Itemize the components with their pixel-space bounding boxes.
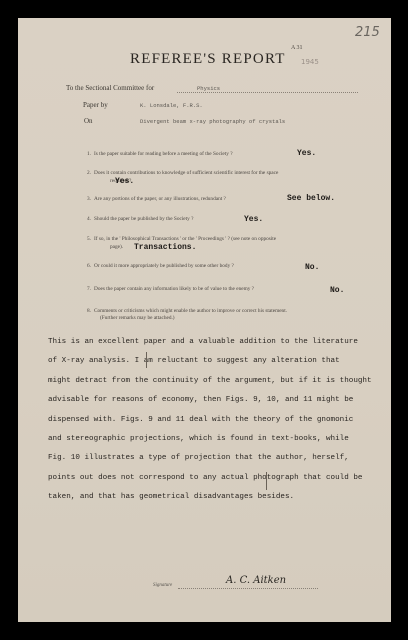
comment-line: taken, and that has geometrical disadvan… xyxy=(48,488,372,507)
answer: No. xyxy=(330,286,344,295)
comment-line: of X-ray analysis. I am reluctant to sug… xyxy=(48,352,372,371)
comment-line: Fig. 10 illustrates a type of projection… xyxy=(48,449,372,468)
pencil-mark xyxy=(146,352,147,368)
comment-line: dispensed with. Figs. 9 and 11 deal with… xyxy=(48,411,372,430)
form-number: A 31 xyxy=(291,45,303,51)
question-text: Comments or criticisms which might enabl… xyxy=(94,308,287,314)
comment-line: and stereographic projections, which is … xyxy=(48,430,372,449)
on-value: Divergent beam x-ray photography of crys… xyxy=(140,118,285,125)
signature-label: Signature xyxy=(153,583,172,588)
answer: No. xyxy=(305,263,319,272)
answer: Yes. xyxy=(297,149,316,158)
question-text: If so, in the ' Philosophical Transactio… xyxy=(94,236,276,242)
answer: Yes. xyxy=(115,177,134,186)
on-label: On xyxy=(84,117,93,125)
pencil-mark xyxy=(266,472,267,490)
question-text: Is the paper suitable for reading before… xyxy=(94,151,233,157)
year-note: 1945 xyxy=(301,58,319,66)
committee-dotted-line xyxy=(177,92,358,93)
committee-label: To the Sectional Committee for xyxy=(66,84,154,92)
question-text: Should the paper be published by the Soc… xyxy=(94,216,193,222)
page-number: 215 xyxy=(355,25,380,40)
paper-by-label: Paper by xyxy=(83,101,108,109)
page-title: REFEREE'S REPORT xyxy=(130,51,286,68)
question-text-cont: page). xyxy=(110,244,123,250)
committee-value: Physics xyxy=(197,85,220,92)
question-text-cont: (Further remarks may be attached.) xyxy=(100,315,175,321)
answer: Yes. xyxy=(244,215,263,224)
answer: See below. xyxy=(287,194,335,203)
question-text: Or could it more appropriately be publis… xyxy=(94,263,234,269)
comments-body: This is an excellent paper and a valuabl… xyxy=(48,333,372,508)
paper-by-value: K. Lonsdale, F.R.S. xyxy=(140,102,203,109)
comment-line: might detract from the continuity of the… xyxy=(48,372,372,391)
answer: Transactions. xyxy=(134,243,196,252)
question-text: Are any portions of the paper, or any il… xyxy=(94,196,226,202)
document-page: 215 A 31 REFEREE'S REPORT 1945 To the Se… xyxy=(18,18,391,622)
signature-line xyxy=(178,588,318,589)
signature: A. C. Aitken xyxy=(226,575,286,586)
comment-line: This is an excellent paper and a valuabl… xyxy=(48,333,372,352)
question-text: Does it contain contributions to knowled… xyxy=(94,170,278,176)
comment-line: advisable for reasons of economy, then F… xyxy=(48,391,372,410)
comment-line: points out does not correspond to any ac… xyxy=(48,469,372,488)
question-text: Does the paper contain any information l… xyxy=(94,286,254,292)
